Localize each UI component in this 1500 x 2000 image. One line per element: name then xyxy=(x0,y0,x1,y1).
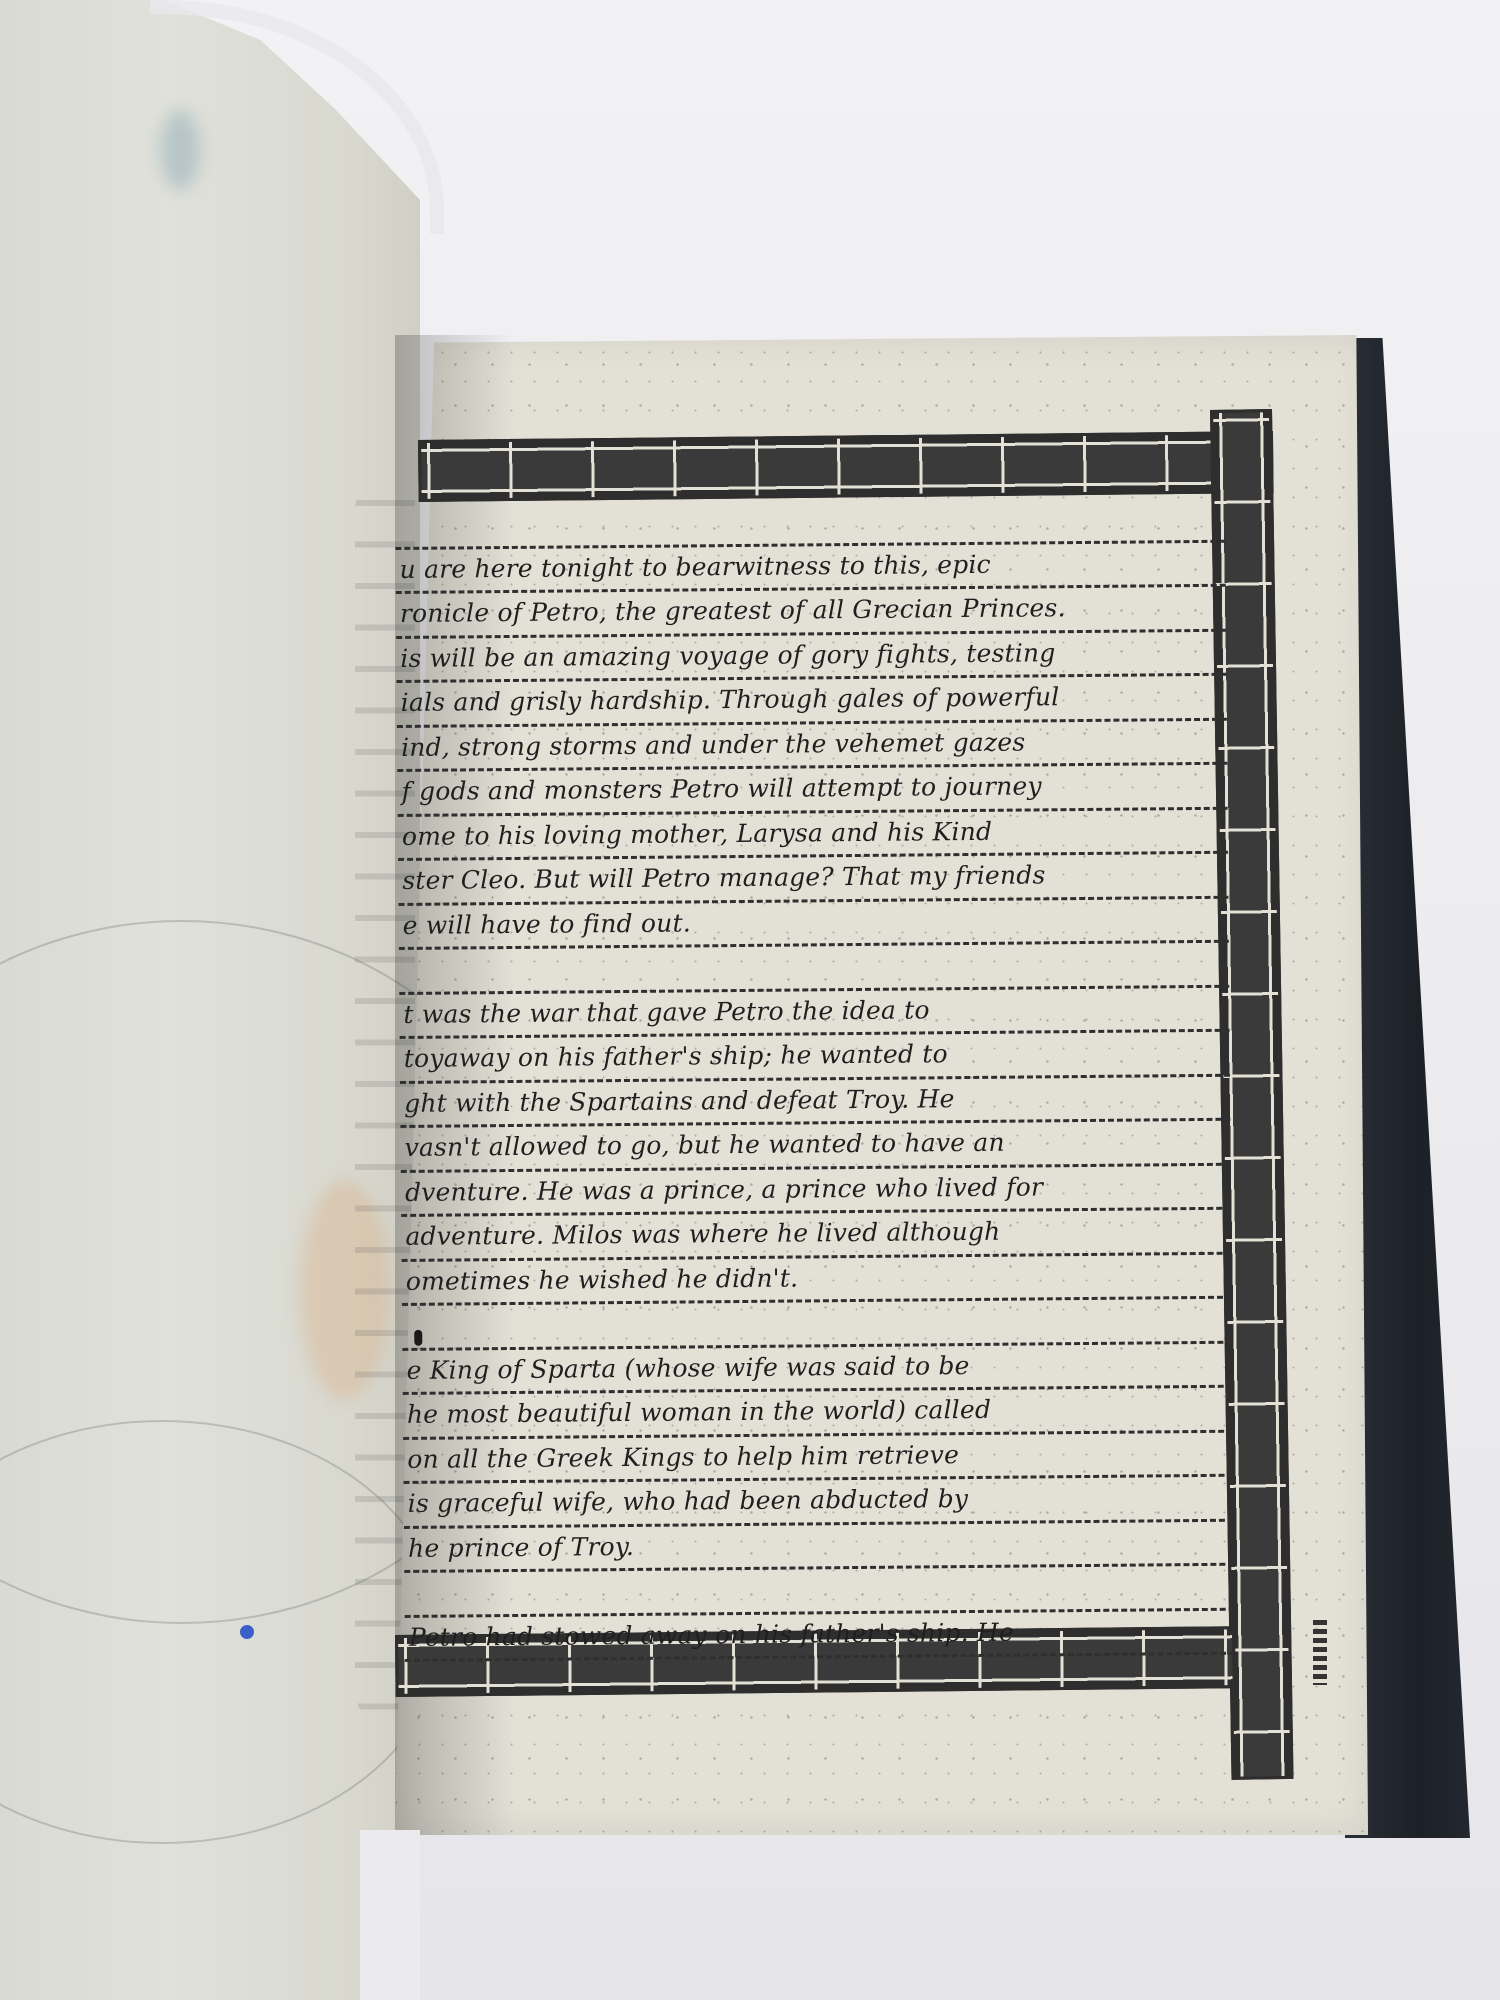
greek-key-border-top xyxy=(418,431,1274,502)
text-line: vasn't allowed to go, but he wanted to h… xyxy=(400,1121,1230,1173)
text-line: on all the Greek Kings to help him retri… xyxy=(403,1432,1233,1484)
text-line: Petro had stowed away on his father's sh… xyxy=(405,1610,1235,1662)
text-line: ster Cleo. But will Petro manage? That m… xyxy=(398,854,1228,906)
text-line: is will be an amazing voyage of gory fig… xyxy=(396,631,1226,683)
text-line: ome to his loving mother, Larysa and his… xyxy=(398,809,1228,861)
ruled-line xyxy=(399,943,1229,995)
blue-stain xyxy=(160,110,200,190)
text-line: f gods and monsters Petro will attempt t… xyxy=(397,765,1227,817)
page-number-mark xyxy=(1313,1620,1327,1685)
ruled-line xyxy=(404,1566,1234,1618)
text-line: ials and grisly hardship. Through gales … xyxy=(397,676,1227,728)
text-line: u are here tonight to bearwitness to thi… xyxy=(395,542,1225,594)
ruled-line xyxy=(395,498,1225,550)
blue-ink-mark xyxy=(240,1625,254,1639)
ink-blot xyxy=(414,1330,422,1346)
text-line: e King of Sparta (whose wife was said to… xyxy=(402,1343,1232,1395)
text-line: he most beautiful woman in the world) ca… xyxy=(403,1388,1233,1440)
text-line: adventure. Milos was where he lived alth… xyxy=(401,1210,1231,1262)
page-curl-highlight xyxy=(150,0,444,234)
table-surface xyxy=(360,1830,420,2000)
text-line: e will have to find out. xyxy=(398,898,1228,950)
text-line: is graceful wife, who had been abducted … xyxy=(404,1477,1234,1529)
text-line: ght with the Spartains and defeat Troy. … xyxy=(400,1076,1230,1128)
handwritten-story: u are here tonight to bearwitness to thi… xyxy=(395,498,1235,1662)
ruled-line xyxy=(402,1299,1232,1351)
text-line: ometimes he wished he didn't. xyxy=(402,1254,1232,1306)
text-line: toyaway on his father's ship; he wanted … xyxy=(400,1032,1230,1084)
text-line: ind, strong storms and under the vehemet… xyxy=(397,720,1227,772)
text-line: dventure. He was a prince, a prince who … xyxy=(401,1165,1231,1217)
text-line: ronicle of Petro, the greatest of all Gr… xyxy=(396,587,1226,639)
text-line: he prince of Troy. xyxy=(404,1521,1234,1573)
text-line: t was the war that gave Petro the idea t… xyxy=(399,987,1229,1039)
